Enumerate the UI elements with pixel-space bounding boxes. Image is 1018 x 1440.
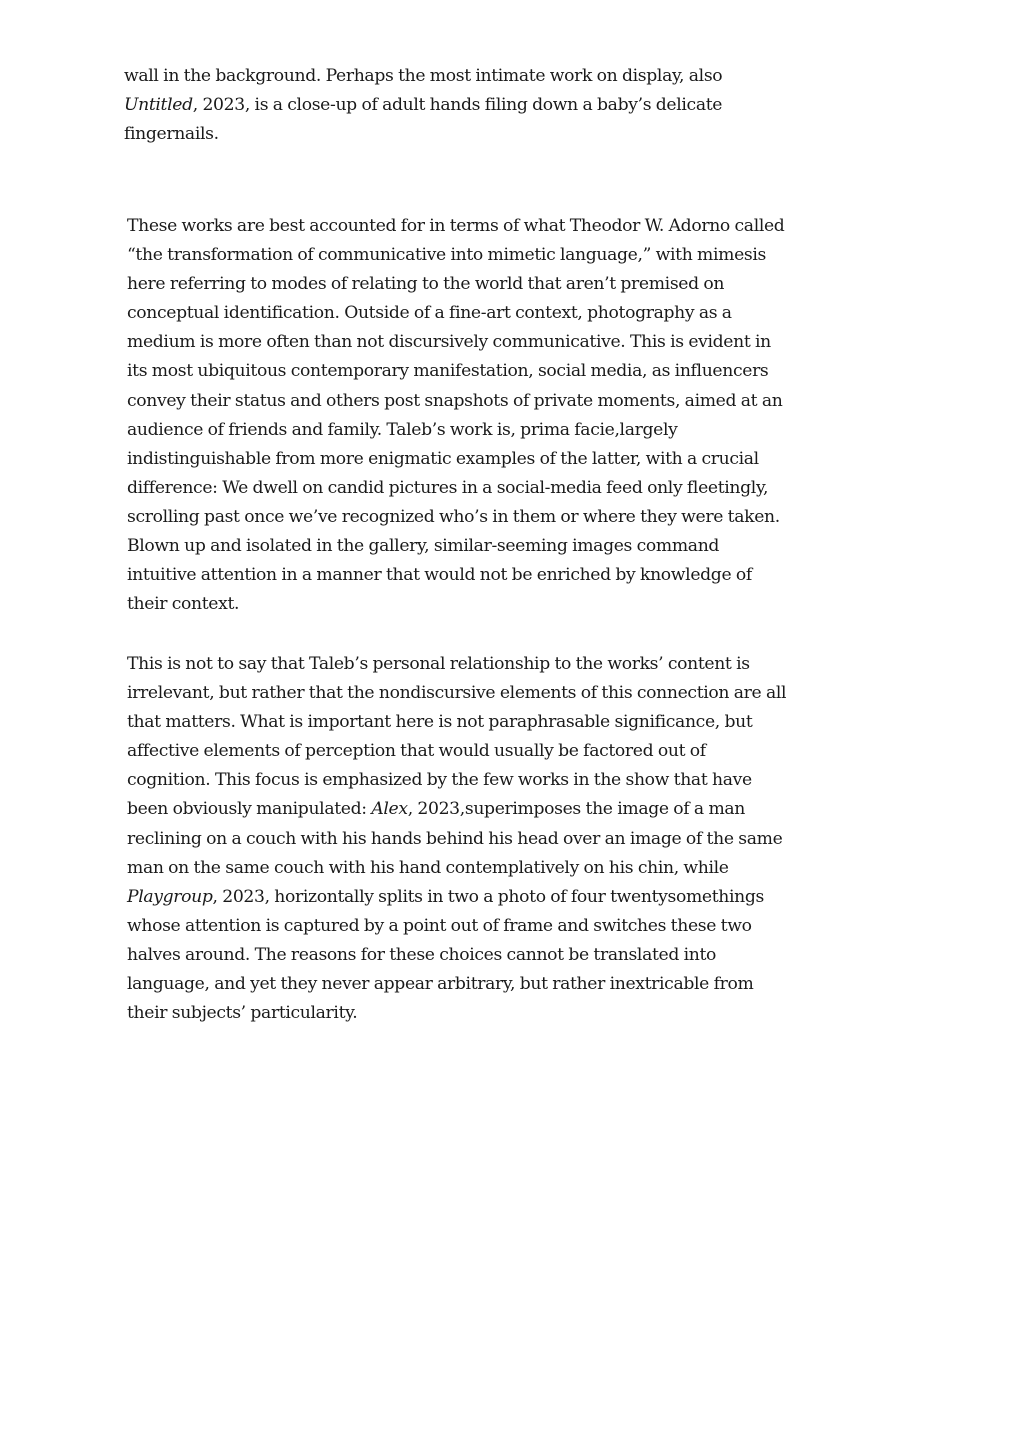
- artwork-title: Playgroup: [127, 887, 213, 907]
- text-line: fingernails.: [124, 120, 804, 149]
- text-line: their subjects’ particularity.: [127, 999, 807, 1028]
- text-segment: that matters. What is important here is …: [127, 712, 752, 732]
- text-line: intuitive attention in a manner that wou…: [127, 561, 807, 590]
- text-line: here referring to modes of relating to t…: [127, 270, 807, 299]
- text-segment: reclining on a couch with his hands behi…: [127, 829, 782, 849]
- text-segment: , 2023,superimposes the image of a man: [408, 799, 745, 819]
- text-segment: man on the same couch with his hand cont…: [127, 858, 729, 878]
- text-line: Untitled, 2023, is a close-up of adult h…: [124, 91, 804, 120]
- text-line: This is not to say that Taleb’s personal…: [127, 650, 807, 679]
- text-line: convey their status and others post snap…: [127, 387, 807, 416]
- text-line: indistinguishable from more enigmatic ex…: [127, 445, 807, 474]
- article-paragraph-1: wall in the background. Perhaps the most…: [124, 62, 804, 149]
- article-paragraph-3: This is not to say that Taleb’s personal…: [127, 650, 807, 1028]
- text-line: reclining on a couch with his hands behi…: [127, 825, 807, 854]
- text-line: that matters. What is important here is …: [127, 708, 807, 737]
- text-segment: , 2023, is a close-up of adult hands fil…: [193, 95, 722, 115]
- text-segment: These works are best accounted for in te…: [127, 216, 784, 236]
- text-segment: halves around. The reasons for these cho…: [127, 945, 716, 965]
- text-segment: scrolling past once we’ve recognized who…: [127, 507, 780, 527]
- article-paragraph-2: These works are best accounted for in te…: [127, 212, 807, 619]
- text-line: been obviously manipulated: Alex, 2023,s…: [127, 795, 807, 824]
- text-segment: audience of friends and family. Taleb’s …: [127, 420, 677, 440]
- text-line: difference: We dwell on candid pictures …: [127, 474, 807, 503]
- text-line: language, and yet they never appear arbi…: [127, 970, 807, 999]
- text-segment: difference: We dwell on candid pictures …: [127, 478, 768, 498]
- text-segment: their context.: [127, 594, 239, 614]
- text-line: halves around. The reasons for these cho…: [127, 941, 807, 970]
- text-segment: irrelevant, but rather that the nondiscu…: [127, 683, 786, 703]
- text-line: wall in the background. Perhaps the most…: [124, 62, 804, 91]
- text-segment: indistinguishable from more enigmatic ex…: [127, 449, 759, 469]
- text-line: scrolling past once we’ve recognized who…: [127, 503, 807, 532]
- text-line: affective elements of perception that wo…: [127, 737, 807, 766]
- text-line: audience of friends and family. Taleb’s …: [127, 416, 807, 445]
- text-segment: affective elements of perception that wo…: [127, 741, 706, 761]
- text-segment: Blown up and isolated in the gallery, si…: [127, 536, 719, 556]
- text-segment: cognition. This focus is emphasized by t…: [127, 770, 752, 790]
- text-segment: medium is more often than not discursive…: [127, 332, 771, 352]
- text-line: “the transformation of communicative int…: [127, 241, 807, 270]
- text-line: their context.: [127, 590, 807, 619]
- text-line: its most ubiquitous contemporary manifes…: [127, 357, 807, 386]
- text-segment: language, and yet they never appear arbi…: [127, 974, 753, 994]
- text-segment: here referring to modes of relating to t…: [127, 274, 724, 294]
- text-line: Playgroup, 2023, horizontally splits in …: [127, 883, 807, 912]
- text-line: These works are best accounted for in te…: [127, 212, 807, 241]
- artwork-title: Untitled: [124, 95, 193, 115]
- text-segment: wall in the background. Perhaps the most…: [124, 66, 722, 86]
- text-line: cognition. This focus is emphasized by t…: [127, 766, 807, 795]
- text-line: whose attention is captured by a point o…: [127, 912, 807, 941]
- text-segment: intuitive attention in a manner that wou…: [127, 565, 752, 585]
- text-segment: their subjects’ particularity.: [127, 1003, 357, 1023]
- text-segment: , 2023, horizontally splits in two a pho…: [213, 887, 765, 907]
- text-line: Blown up and isolated in the gallery, si…: [127, 532, 807, 561]
- text-segment: its most ubiquitous contemporary manifes…: [127, 361, 768, 381]
- text-segment: conceptual identification. Outside of a …: [127, 303, 732, 323]
- text-segment: This is not to say that Taleb’s personal…: [127, 654, 750, 674]
- text-segment: fingernails.: [124, 124, 219, 144]
- text-segment: “the transformation of communicative int…: [127, 245, 766, 265]
- text-line: man on the same couch with his hand cont…: [127, 854, 807, 883]
- text-segment: whose attention is captured by a point o…: [127, 916, 752, 936]
- text-segment: convey their status and others post snap…: [127, 391, 782, 411]
- text-line: medium is more often than not discursive…: [127, 328, 807, 357]
- text-segment: been obviously manipulated:: [127, 799, 371, 819]
- text-line: irrelevant, but rather that the nondiscu…: [127, 679, 807, 708]
- text-line: conceptual identification. Outside of a …: [127, 299, 807, 328]
- artwork-title: Alex: [371, 799, 407, 819]
